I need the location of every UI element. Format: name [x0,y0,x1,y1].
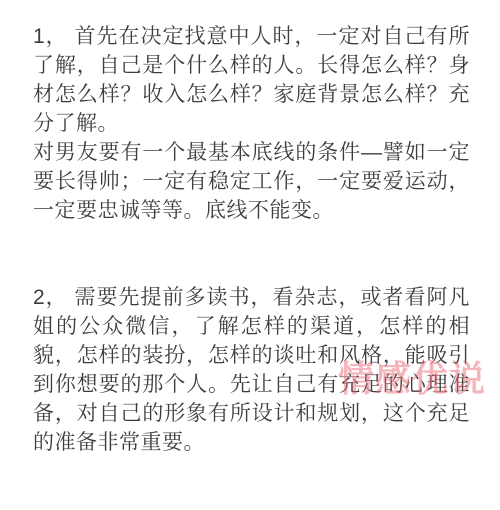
paragraph-1-continued: 对男友要有一个最基本底线的条件—譬如一定要长得帅；一定有稳定工作，一定要爱运动，… [33,138,470,225]
paragraph-2: 2， 需要先提前多读书，看杂志，或者看阿凡姐的公众微信，了解怎样的渠道，怎样的相… [33,283,470,457]
article-page: 1， 首先在决定找意中人时，一定对自己有所了解，自己是个什么样的人。长得怎么样？… [0,0,500,510]
paragraph-1: 1， 首先在决定找意中人时，一定对自己有所了解，自己是个什么样的人。长得怎么样？… [33,22,470,138]
